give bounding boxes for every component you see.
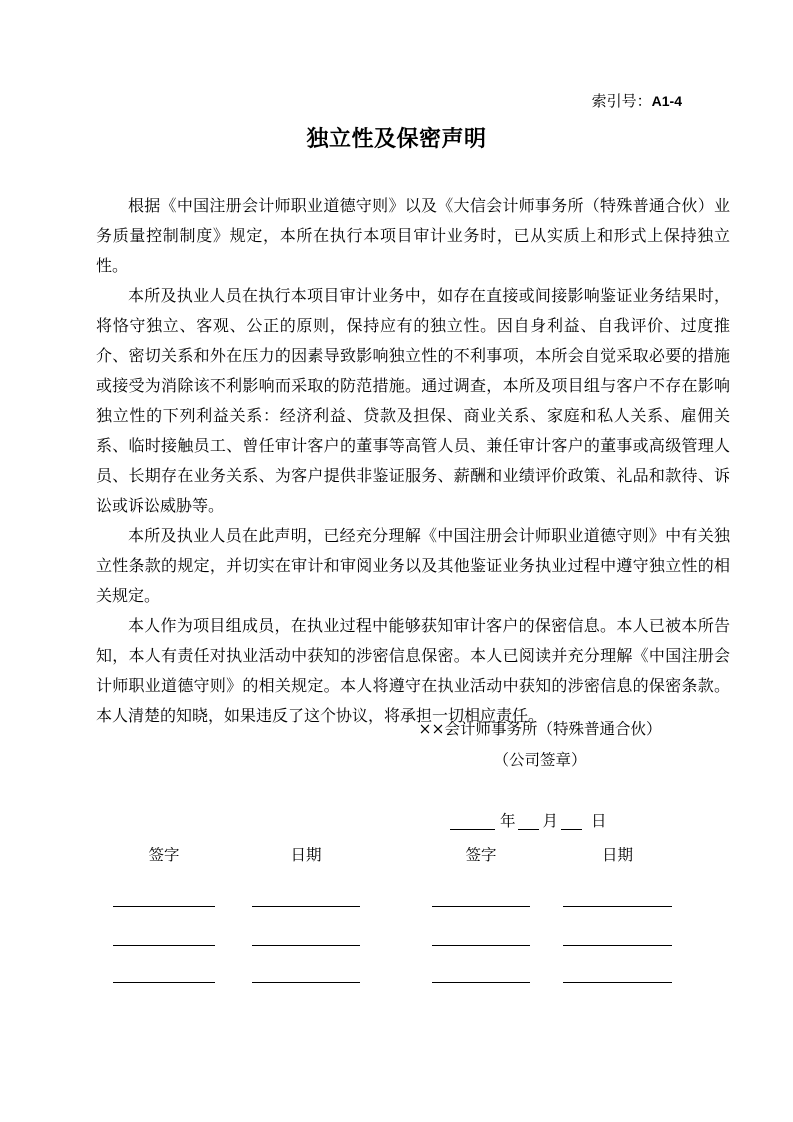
page-title: 独立性及保密声明 bbox=[0, 122, 793, 153]
index-number-value: A1-4 bbox=[652, 93, 682, 109]
signature-column-2: 签字 bbox=[432, 845, 530, 985]
document-body: 根据《中国注册会计师职业道德守则》以及《大信会计师事务所（特殊普通合伙）业务质量… bbox=[96, 191, 730, 731]
date-column-1: 日期 bbox=[252, 845, 360, 985]
signature-line-field[interactable] bbox=[432, 945, 530, 946]
year-label: 年 bbox=[500, 812, 516, 830]
date-header: 日期 bbox=[252, 845, 360, 865]
index-number-label: 索引号： bbox=[592, 92, 652, 110]
date-line-field[interactable] bbox=[563, 945, 672, 946]
company-name: ××会计师事务所（特殊普通合伙） bbox=[400, 714, 680, 745]
signature-column-1: 签字 bbox=[113, 845, 215, 985]
date-line-field[interactable] bbox=[252, 945, 360, 946]
signature-line-field[interactable] bbox=[113, 945, 215, 946]
signature-header: 签字 bbox=[113, 845, 215, 865]
date-blank-month[interactable] bbox=[518, 814, 539, 830]
signature-line-field[interactable] bbox=[432, 982, 530, 983]
date-header: 日期 bbox=[563, 845, 672, 865]
date-line-field[interactable] bbox=[252, 906, 360, 907]
date-line-field[interactable] bbox=[563, 982, 672, 983]
date-blank-day[interactable] bbox=[561, 814, 582, 830]
date-line-field[interactable] bbox=[252, 982, 360, 983]
paragraph-independence-basis: 根据《中国注册会计师职业道德守则》以及《大信会计师事务所（特殊普通合伙）业务质量… bbox=[96, 191, 730, 281]
signature-line-field[interactable] bbox=[113, 906, 215, 907]
signature-header: 签字 bbox=[432, 845, 530, 865]
index-number: 索引号：A1-4 bbox=[592, 92, 682, 110]
paragraph-confidentiality-declaration: 本人作为项目组成员，在执业过程中能够获知审计客户的保密信息。本人已被本所告知，本… bbox=[96, 611, 730, 731]
date-line-field[interactable] bbox=[563, 906, 672, 907]
paragraph-independence-relations: 本所及执业人员在执行本项目审计业务中，如存在直接或间接影响鉴证业务结果时，将恪守… bbox=[96, 281, 730, 521]
signature-line-field[interactable] bbox=[432, 906, 530, 907]
paragraph-independence-declaration: 本所及执业人员在此声明，已经充分理解《中国注册会计师职业道德守则》中有关独立性条… bbox=[96, 521, 730, 611]
date-fill-line: 年月日 bbox=[450, 810, 607, 832]
date-blank-year[interactable] bbox=[450, 814, 495, 830]
day-label: 日 bbox=[591, 812, 607, 830]
document-page: 索引号：A1-4 独立性及保密声明 根据《中国注册会计师职业道德守则》以及《大信… bbox=[0, 0, 793, 1122]
month-label: 月 bbox=[543, 812, 559, 830]
company-signoff-block: ××会计师事务所（特殊普通合伙） （公司签章） bbox=[400, 714, 680, 776]
company-seal-note: （公司签章） bbox=[400, 745, 680, 776]
signature-line-field[interactable] bbox=[113, 982, 215, 983]
date-column-2: 日期 bbox=[563, 845, 672, 985]
